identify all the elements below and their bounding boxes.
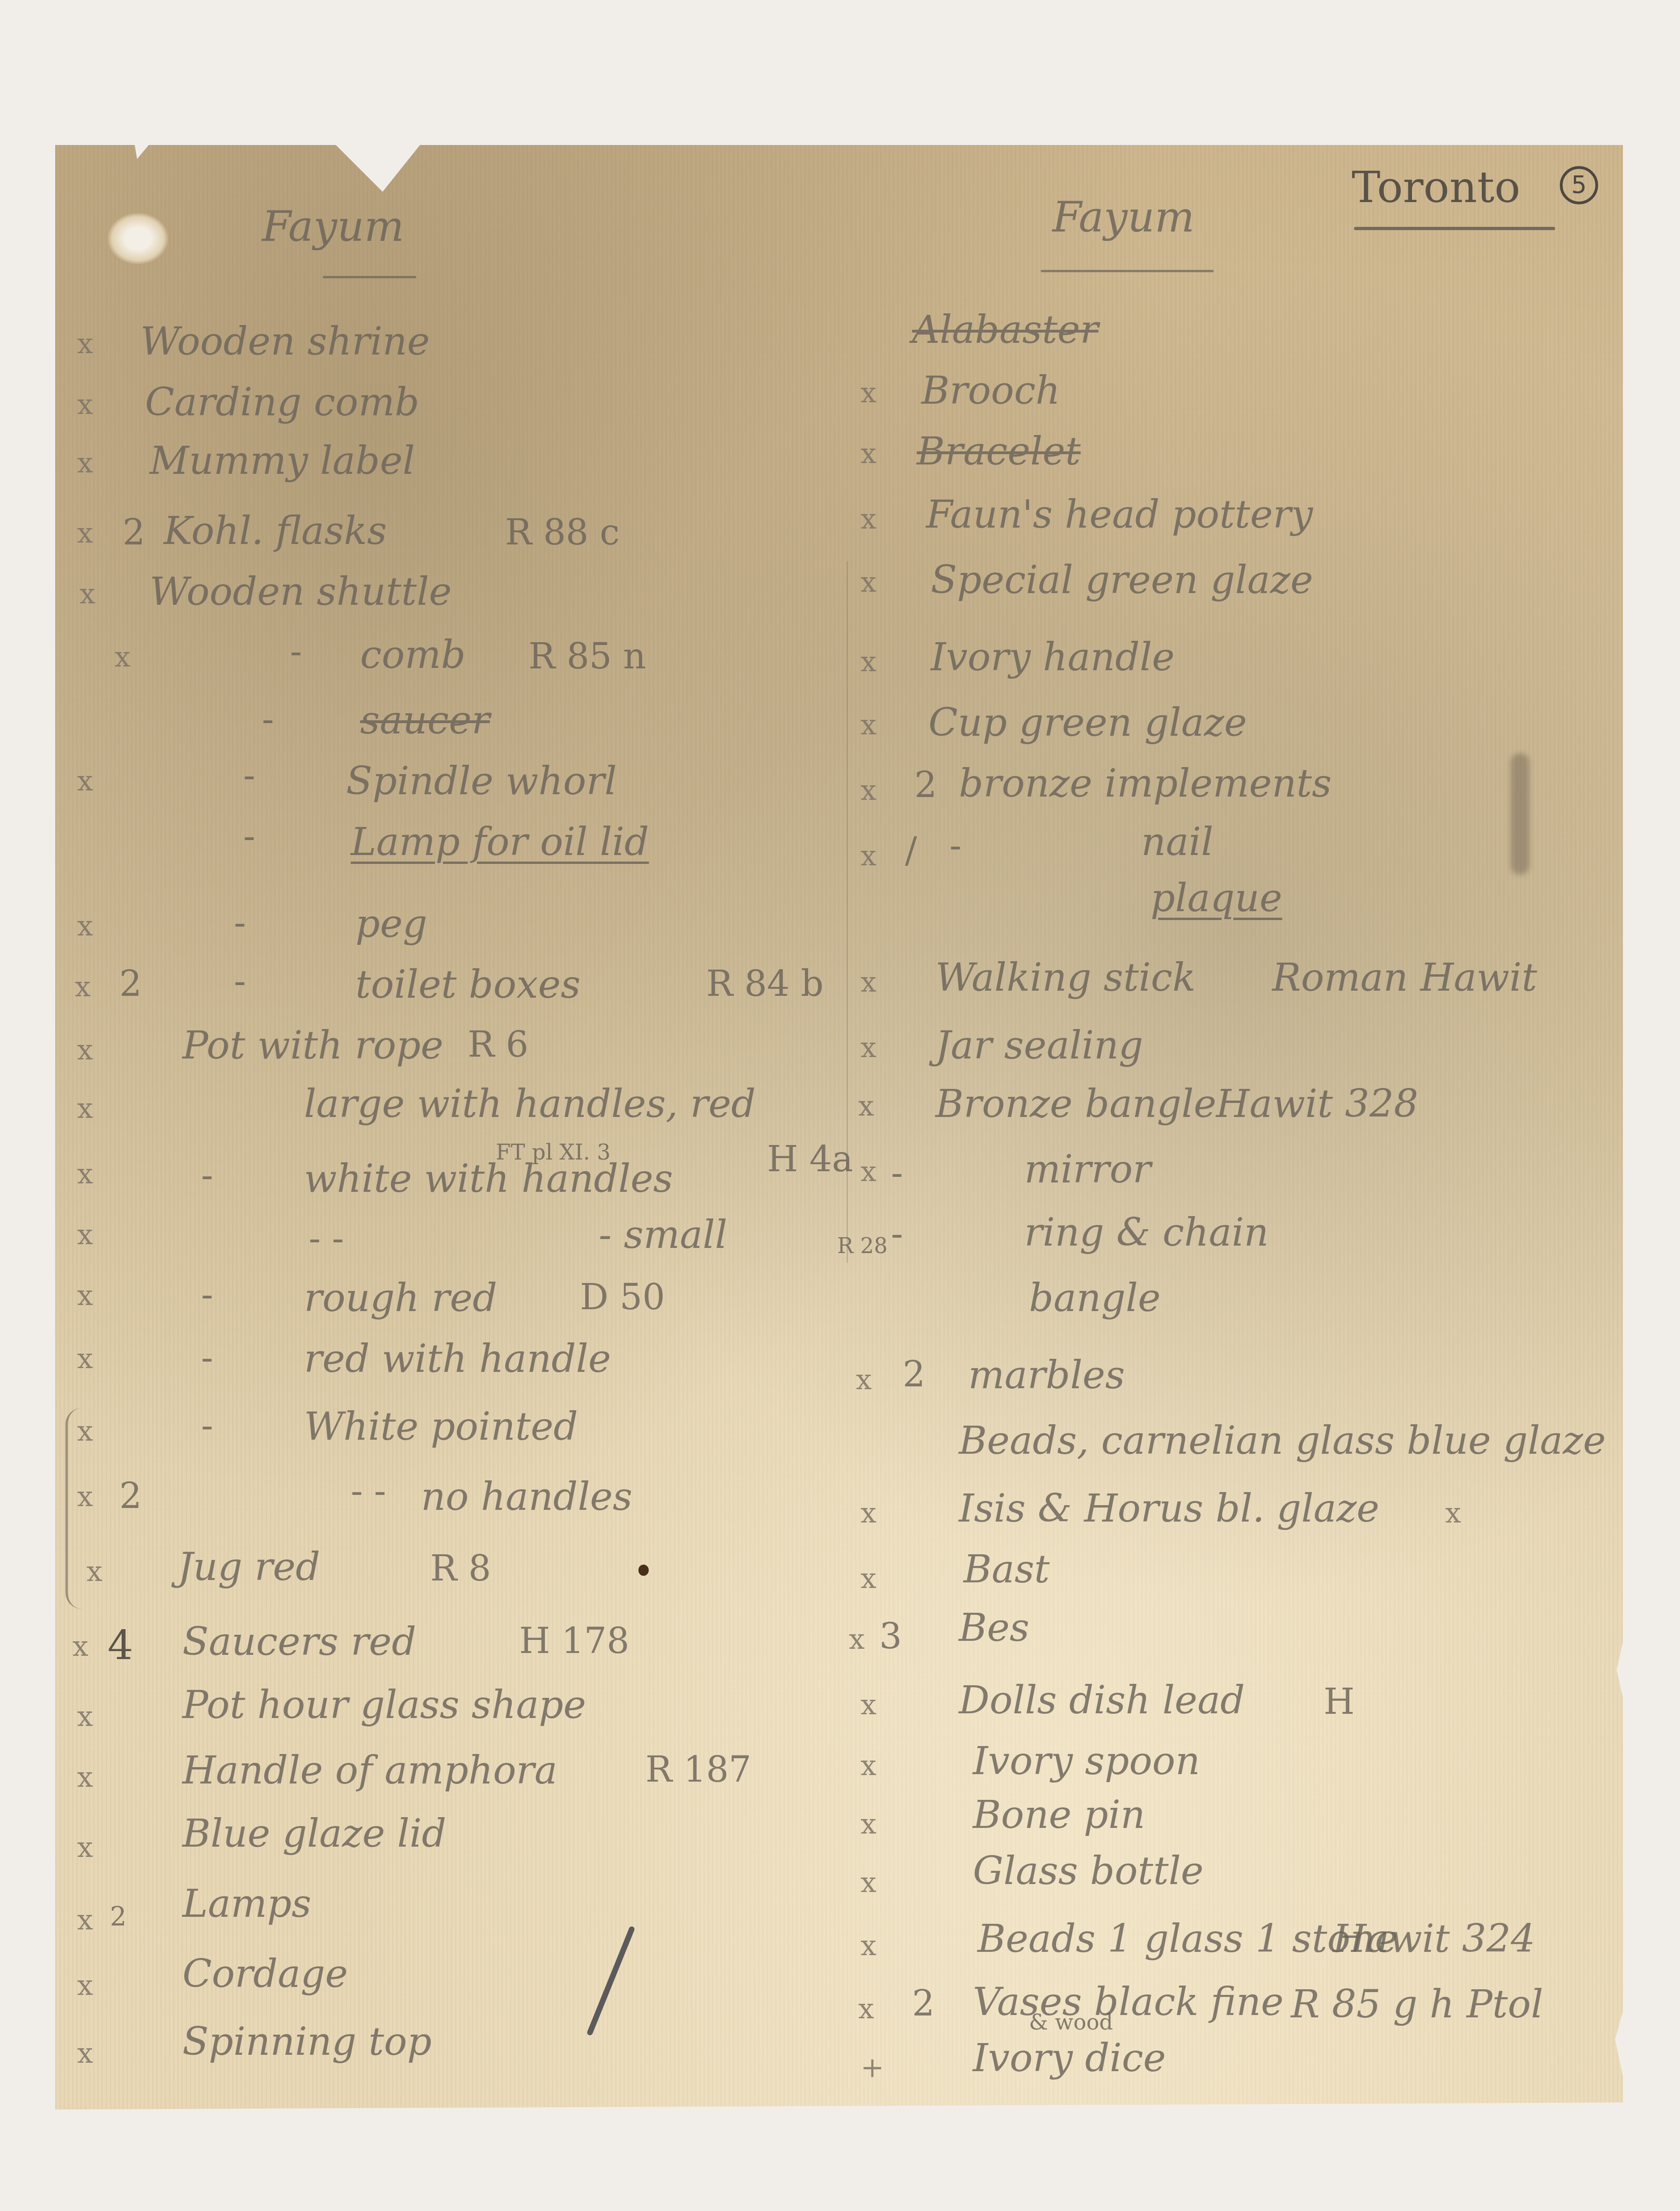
list-item-text: toilet boxes xyxy=(355,966,580,1004)
check-mark: x xyxy=(77,1417,93,1445)
check-mark: x xyxy=(77,1763,93,1791)
list-item-text: rough red xyxy=(304,1279,497,1318)
list-item-text: Vases black fine xyxy=(973,1983,1284,2022)
check-mark: x xyxy=(77,1703,93,1731)
list-item-text-underlined: Lamp for oil lid xyxy=(351,823,649,862)
ditto-dash: - - xyxy=(351,1473,386,1509)
list-item-text: marbles xyxy=(968,1356,1125,1395)
check-mark: x xyxy=(856,1366,872,1394)
list-item-text: large with handles, red xyxy=(304,1085,756,1124)
page-number-circle: 5 xyxy=(1560,166,1598,204)
right-heading-rule xyxy=(1041,270,1214,272)
reference-code: Hawit 324 xyxy=(1333,1920,1535,1958)
check-mark: x xyxy=(861,1932,876,1960)
reference-code: R 88 c xyxy=(505,515,620,550)
check-mark: x xyxy=(80,580,95,608)
quantity: / xyxy=(905,833,917,868)
list-item-text: Carding comb xyxy=(145,384,419,422)
ditto-dash: - xyxy=(243,819,255,854)
ditto-dash: - xyxy=(201,1408,213,1443)
corner-label-underline xyxy=(1354,227,1555,230)
list-item-text: Ivory spoon xyxy=(973,1742,1200,1781)
reference-code: R 85 g h Ptol xyxy=(1291,1986,1543,2024)
reference-code: R 28 xyxy=(837,1235,888,1256)
check-mark: x xyxy=(861,1158,876,1186)
list-item-text: white with handles xyxy=(304,1160,673,1198)
list-item-text: Cordage xyxy=(182,1955,348,1994)
check-mark: x xyxy=(87,1558,102,1586)
check-mark: x xyxy=(861,505,876,533)
list-item-text: Glass bottle xyxy=(973,1852,1203,1891)
reference-code: R 84 b xyxy=(706,966,824,1001)
check-mark: x xyxy=(77,519,93,547)
list-item-text: bronze implements xyxy=(959,765,1332,803)
check-mark: x xyxy=(861,1810,876,1838)
check-mark: x xyxy=(77,391,93,419)
check-mark: x xyxy=(861,1499,876,1527)
list-item-text: Beads, carnelian glass blue glaze xyxy=(959,1422,1606,1460)
check-mark: x xyxy=(77,1972,93,2000)
quantity: 2 xyxy=(110,1904,127,1930)
check-mark: x xyxy=(861,1034,876,1062)
right-heading: Fayum xyxy=(1052,196,1195,239)
list-item-text: Saucers red xyxy=(182,1623,416,1661)
quantity: 2 xyxy=(914,767,937,803)
list-item-text: Bast xyxy=(963,1551,1050,1589)
check-mark: x xyxy=(77,1483,93,1511)
check-mark: x xyxy=(861,842,876,870)
check-mark: x xyxy=(861,379,876,407)
check-mark: x xyxy=(861,648,876,676)
reference-code: R 8 xyxy=(430,1551,491,1586)
reference-code: R 85 n xyxy=(529,638,646,674)
list-item-text: - small xyxy=(599,1216,727,1254)
check-mark: x xyxy=(77,1221,93,1249)
reference-code: R 187 xyxy=(645,1752,751,1787)
quantity: 2 xyxy=(903,1356,925,1392)
ditto-dash: - xyxy=(290,634,302,669)
quantity: 2 xyxy=(912,1986,934,2021)
list-item-text: mirror xyxy=(1024,1151,1151,1189)
check-mark: x xyxy=(77,1345,93,1373)
ditto-dash: - xyxy=(891,1216,903,1252)
list-item-text: Jar sealing xyxy=(935,1027,1143,1065)
list-item-text: comb xyxy=(360,636,466,674)
page-number: 5 xyxy=(1571,171,1586,199)
list-item-text: nail xyxy=(1141,823,1213,862)
quantity: 2 xyxy=(123,515,145,550)
ditto-dash: - xyxy=(243,758,255,793)
list-item-text: Spindle whorl xyxy=(346,762,617,801)
ditto-dash: - xyxy=(201,1340,213,1376)
list-item-text: Jug red xyxy=(178,1548,320,1587)
check-mark: x xyxy=(861,1752,876,1780)
list-item-text: Brooch xyxy=(921,372,1060,410)
check-mark: x xyxy=(77,767,93,795)
list-item-text-struck: Bracelet xyxy=(917,433,1081,471)
check-mark: x xyxy=(75,973,91,1001)
list-item-text: Spinning top xyxy=(182,2023,432,2061)
smudge-mark xyxy=(1511,753,1529,875)
ditto-dash: - xyxy=(891,1155,903,1191)
check-mark: x xyxy=(861,1565,876,1593)
reference-code: H 4a xyxy=(767,1141,853,1177)
insertion-note: & wood xyxy=(1029,2011,1113,2033)
list-item-text-underlined: plaque xyxy=(1151,879,1282,918)
check-mark: x xyxy=(861,968,876,996)
reference-code: R 6 xyxy=(468,1027,529,1062)
list-item-text: red with handle xyxy=(304,1340,611,1378)
check-mark: x xyxy=(849,1625,865,1653)
check-mark: x xyxy=(77,330,93,358)
check-mark: x xyxy=(77,1036,93,1064)
check-mark: x xyxy=(861,711,876,739)
reference-code: H 178 xyxy=(519,1623,630,1659)
list-item-text: Bes xyxy=(959,1609,1029,1647)
reference-code: D 50 xyxy=(580,1279,665,1315)
check-mark: x xyxy=(861,568,876,596)
list-item-text: Pot hour glass shape xyxy=(182,1686,586,1725)
check-mark: x xyxy=(77,1282,93,1310)
ditto-dash: - xyxy=(234,964,246,999)
check-mark: x xyxy=(861,440,876,468)
ditto-dash: - xyxy=(201,1277,213,1312)
check-mark: x xyxy=(861,1691,876,1719)
list-item-text: Ivory dice xyxy=(973,2039,1166,2078)
list-item-text-struck: saucer xyxy=(360,702,490,740)
list-item-text: Wooden shrine xyxy=(140,323,430,361)
list-item-text: peg xyxy=(355,905,427,943)
check-mark: x xyxy=(861,1869,876,1897)
quantity: 3 xyxy=(879,1618,902,1654)
ditto-dash: - xyxy=(262,702,274,737)
reference-code: Roman Hawit xyxy=(1272,959,1537,997)
check-mark: x xyxy=(77,2039,93,2067)
list-item-text: Handle of amphora xyxy=(182,1752,558,1790)
check-mark: x xyxy=(115,643,130,671)
list-item-text: Blue glaze lid xyxy=(182,1815,446,1853)
list-item-text: no handles xyxy=(421,1478,632,1516)
check-mark: x xyxy=(77,1160,93,1188)
check-mark: x xyxy=(858,1092,874,1120)
list-item-text: Kohl. flasks xyxy=(164,512,387,551)
ditto-dash: - - xyxy=(309,1221,344,1256)
ditto-dash: - xyxy=(201,1158,213,1193)
left-heading: Fayum xyxy=(262,206,404,248)
list-item-text-struck: Alabaster xyxy=(912,311,1098,349)
quantity: 2 xyxy=(119,1478,142,1514)
margin-x-mark: x xyxy=(1445,1499,1461,1527)
list-item-text: Wooden shuttle xyxy=(150,573,452,611)
list-item-text: Isis & Horus bl. glaze xyxy=(959,1490,1379,1528)
list-item-text: Bronze bangle xyxy=(935,1085,1217,1124)
check-mark: x xyxy=(77,449,93,477)
list-item-text: White pointed xyxy=(304,1408,578,1446)
list-item-text: Bone pin xyxy=(973,1796,1145,1834)
left-heading-rule xyxy=(323,276,416,278)
check-mark: x xyxy=(77,1906,93,1934)
quantity: 4 xyxy=(108,1625,133,1666)
check-mark: x xyxy=(72,1632,88,1660)
reference-code: H xyxy=(1324,1684,1354,1719)
reference-code: Hawit 328 xyxy=(1216,1085,1418,1124)
quantity: 2 xyxy=(119,966,142,1001)
check-mark: x xyxy=(858,1995,874,2023)
list-item-text: Special green glaze xyxy=(931,561,1313,600)
list-item-text: Mummy label xyxy=(150,442,415,480)
list-item-text: Pot with rope xyxy=(182,1027,443,1065)
list-item-text: Faun's head pottery xyxy=(926,496,1313,534)
list-item-text: Dolls dish lead xyxy=(959,1682,1245,1720)
list-item-text: Walking stick xyxy=(935,959,1195,997)
list-item-text: ring & chain xyxy=(1024,1214,1269,1252)
corner-label: Toronto xyxy=(1352,166,1521,209)
check-mark: x xyxy=(77,1834,93,1862)
stain-spot xyxy=(638,1565,649,1576)
check-mark: x xyxy=(77,1095,93,1123)
list-item-text: Cup green glaze xyxy=(928,704,1247,742)
check-mark: x xyxy=(77,912,93,940)
list-item-text: bangle xyxy=(1029,1279,1160,1318)
ditto-dash: - xyxy=(949,828,962,863)
check-mark: x xyxy=(861,776,876,805)
ditto-dash: - xyxy=(234,905,246,941)
punch-hole xyxy=(108,213,168,264)
list-item-text: Lamps xyxy=(182,1885,311,1923)
list-item-text: Ivory handle xyxy=(931,638,1174,677)
check-mark: + xyxy=(861,2053,884,2081)
